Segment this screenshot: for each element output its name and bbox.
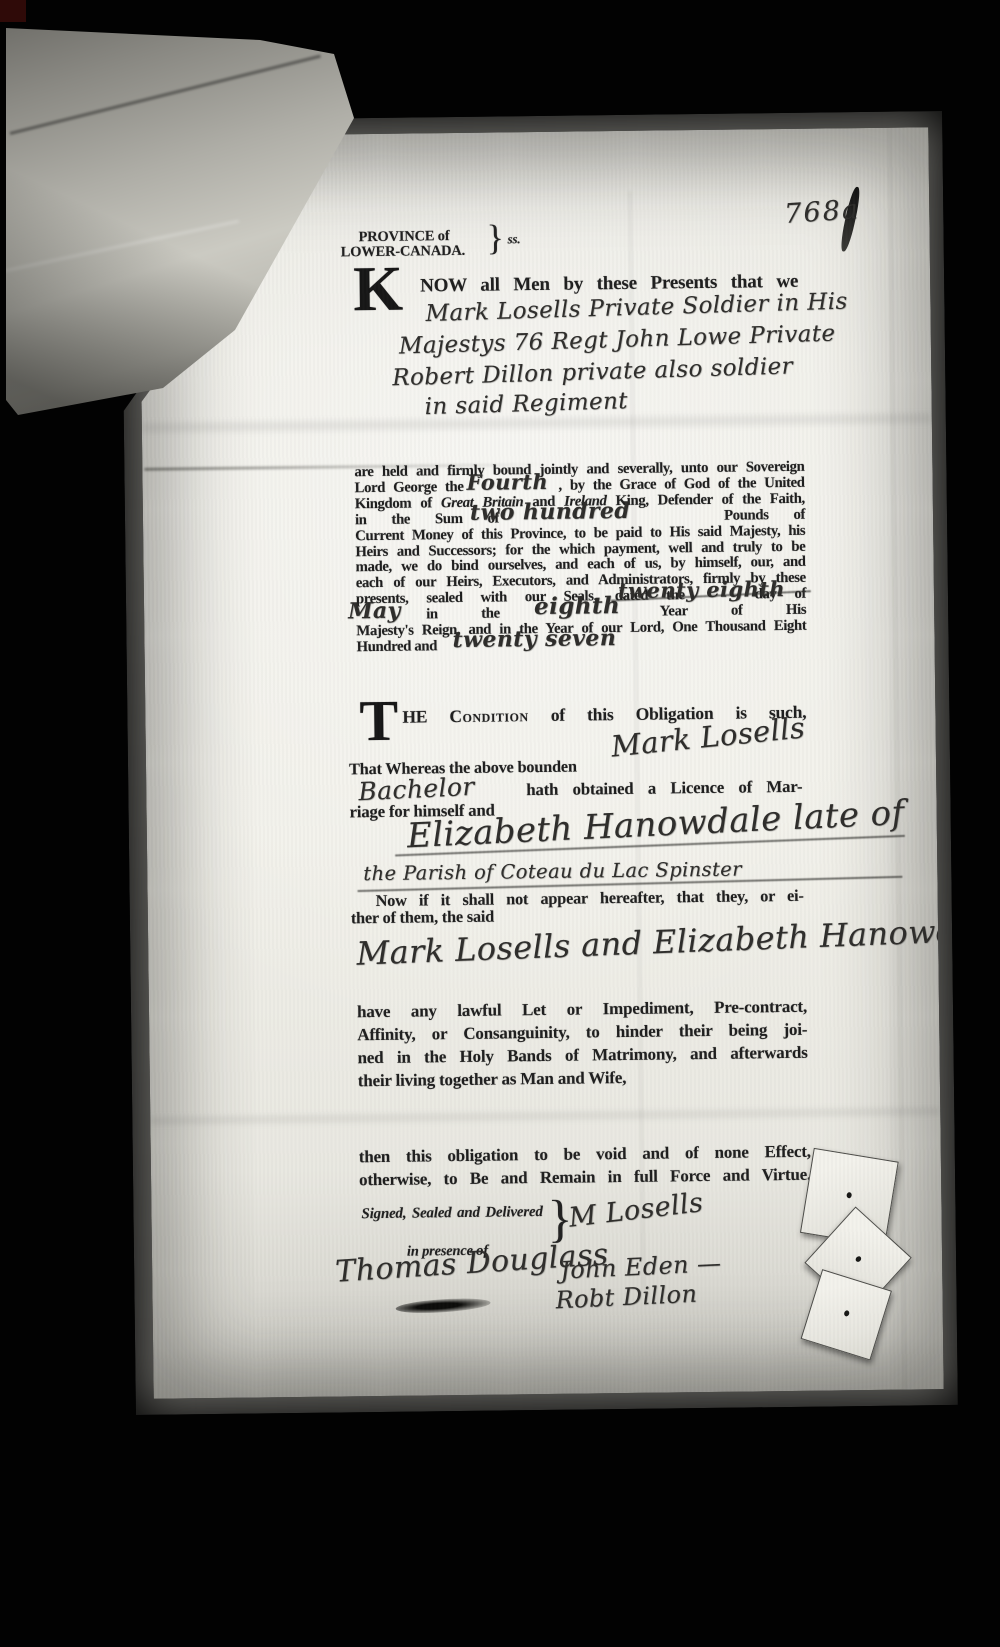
impediment-line: their living together as Man and Wife,	[358, 1064, 808, 1092]
impediment-paragraph: have any lawful Let or Impediment, Pre-c…	[357, 995, 808, 1092]
signed-sealed-label: Signed, Sealed and Delivered	[361, 1204, 542, 1223]
void-paragraph: then this obligation to be void and of n…	[359, 1141, 812, 1192]
paper-crease	[150, 1107, 940, 1125]
handwritten-principals-4: in said Regiment	[424, 388, 628, 420]
film-speck	[0, 0, 26, 22]
handwritten-regnal-year: eighth	[534, 598, 620, 615]
seal-dot	[843, 1310, 850, 1317]
marriage-bond-document: PROVINCE of LOWER-CANADA. } ss. 768a K N…	[138, 127, 943, 1399]
seal-dot	[846, 1192, 852, 1199]
bond-line: Hundred and twenty seven	[356, 635, 806, 656]
handwritten-principals-3: Robert Dillon private also soldier	[392, 353, 793, 391]
handwritten-month: May	[348, 604, 401, 621]
signature-bondsman-3: Robt Dillon	[555, 1280, 698, 1315]
void-line: otherwise, to Be and Remain in full Forc…	[359, 1163, 811, 1191]
handwritten-year: twenty seven	[452, 631, 616, 649]
handwritten-sum: two hundred	[470, 504, 630, 522]
header-ss: ss.	[508, 231, 521, 247]
licence-line-1: hath obtained a Licence of Mar-	[526, 777, 802, 800]
condition-dropcap: T	[359, 696, 398, 746]
handwritten-king-numeral: Fourth	[466, 474, 548, 491]
seal-dot	[855, 1255, 863, 1263]
opening-dropcap: K	[353, 262, 403, 317]
bond-clause: are held and firmly bound jointly and se…	[354, 460, 806, 656]
now-line-2: ther of them, the said	[351, 907, 494, 929]
microfilm-frame: PROVINCE of LOWER-CANADA. } ss. 768a K N…	[0, 0, 1000, 1647]
header-brace: }	[486, 216, 504, 258]
signature-bondsman-1: M Losells	[567, 1187, 705, 1234]
frame-number: 768a	[783, 194, 860, 230]
ink-blot-flourish	[395, 1296, 491, 1315]
